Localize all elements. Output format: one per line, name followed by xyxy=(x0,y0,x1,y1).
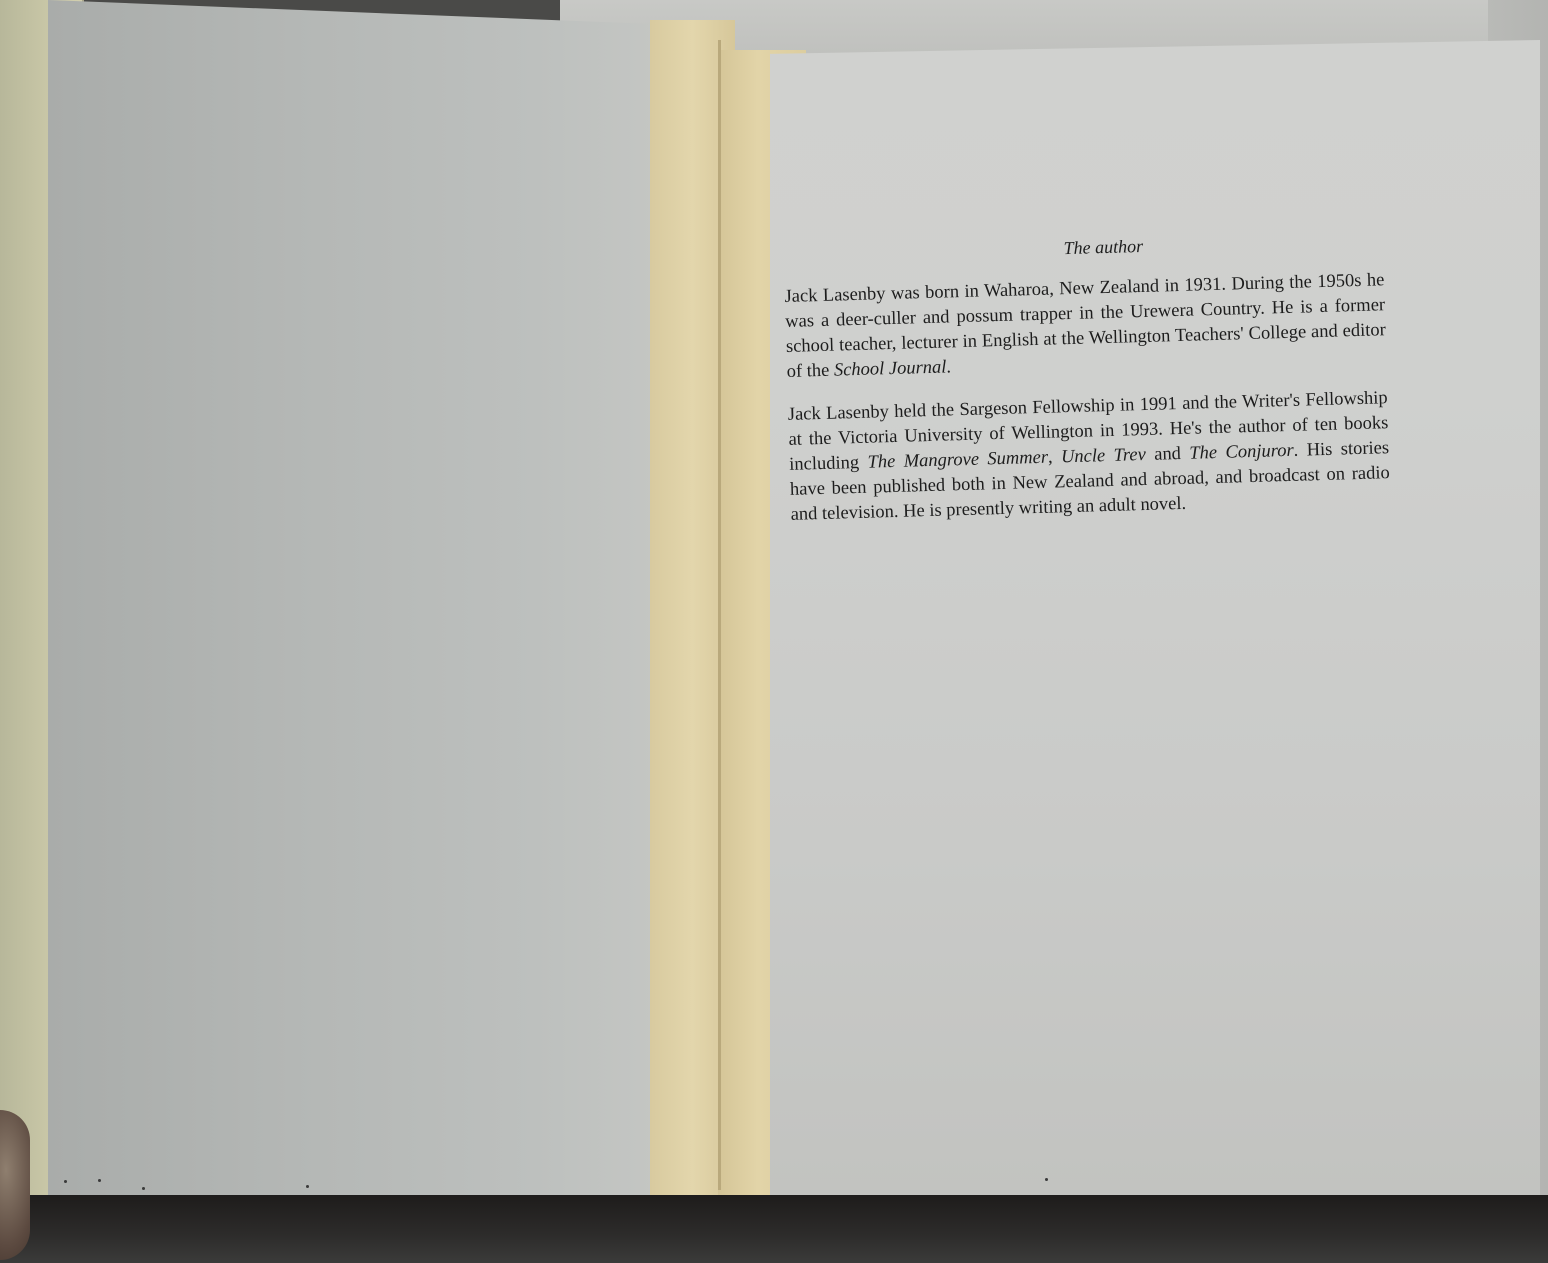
right-author-page xyxy=(770,40,1540,1195)
author-bio: The author Jack Lasenby was born in Waha… xyxy=(783,223,1391,546)
paper-speck xyxy=(64,1180,67,1183)
spine-fold xyxy=(718,40,721,1190)
book-title: Uncle Trev xyxy=(1061,445,1146,467)
paper-speck xyxy=(1045,1178,1048,1181)
bio-paragraph-1: Jack Lasenby was born in Waharoa, New Ze… xyxy=(784,268,1387,385)
book-title: The Mangrove Summer xyxy=(867,448,1048,473)
bio-text: and xyxy=(1146,444,1190,465)
thumb-holding-book xyxy=(0,1110,30,1260)
paper-speck xyxy=(142,1187,145,1190)
bio-text: . xyxy=(946,357,951,377)
paper-speck xyxy=(306,1185,309,1188)
bio-text: , xyxy=(1048,447,1062,467)
photo-scene: The author Jack Lasenby was born in Waha… xyxy=(0,0,1548,1263)
left-blank-page xyxy=(48,0,658,1210)
journal-title: School Journal xyxy=(834,357,947,380)
bio-paragraph-2: Jack Lasenby held the Sargeson Fellowshi… xyxy=(788,386,1391,528)
book-title: The Conjuror xyxy=(1189,441,1294,464)
table-shadow xyxy=(0,1195,1548,1263)
paper-speck xyxy=(98,1179,101,1182)
